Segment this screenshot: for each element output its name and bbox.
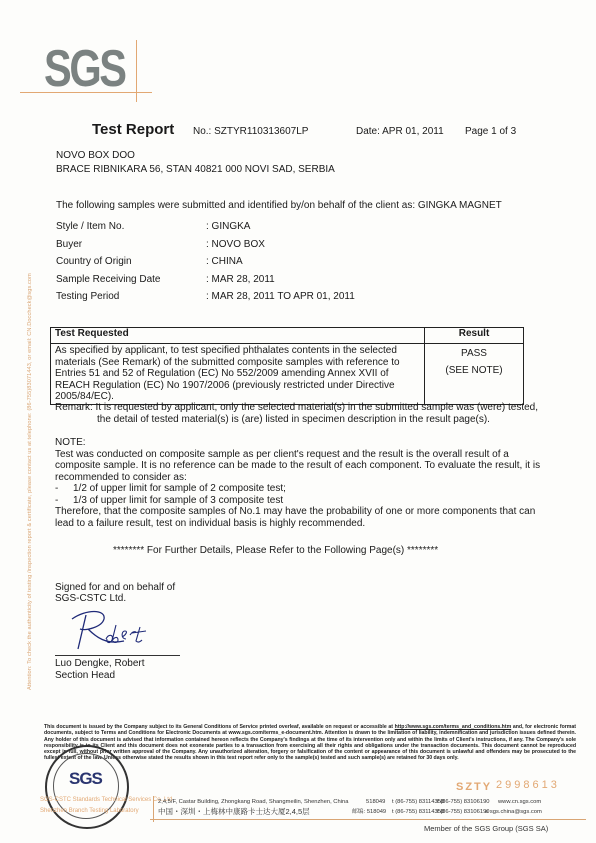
field-value: : CHINA [206,256,243,274]
serial-number: 2998613 [496,779,560,791]
field-label: Country of Origin [56,256,206,274]
note-paragraph-1: Test was conducted on composite sample a… [55,449,555,484]
result-note: (SEE NOTE) [426,362,522,379]
sample-fields: Style / Item No. : GINGKA Buyer : NOVO B… [56,221,355,309]
note-bullet: - 1/3 of upper limit for sample of 3 com… [55,495,555,507]
page-number: Page 1 of 3 [465,126,516,137]
field-row: Style / Item No. : GINGKA [56,221,355,239]
field-row: Buyer : NOVO BOX [56,239,355,257]
footer-postcode: 518049 邮编: 518049 [366,797,386,817]
address-cn: 中国・深圳・上梅林中康路卡士达大厦2,4,5层 [158,807,348,817]
intro-text: The following samples were submitted and… [56,200,502,211]
table-header-row: Test Requested Result [51,328,524,344]
field-row: Country of Origin : CHINA [56,256,355,274]
report-number: No.: SZTYR110313607LP [193,126,308,137]
website[interactable]: www.cn.sgs.com [498,797,542,807]
remark: Remark: It is requested by applicant, on… [55,402,575,426]
fax: f (86-755) 83106190 [437,797,490,807]
logo-accent-line [20,92,152,93]
field-label: Buyer [56,239,206,257]
postcode-en: 518049 [366,797,386,807]
column-header-test: Test Requested [51,328,425,344]
column-header-result: Result [425,328,524,344]
field-label: Testing Period [56,291,206,309]
client-name: NOVO BOX DOO [56,149,335,163]
field-label: Sample Receiving Date [56,274,206,292]
member-text: Member of the SGS Group (SGS SA) [424,824,548,833]
footer-address: 2,4,5/F, Castar Building, Zhongkang Road… [158,797,348,817]
remark-line-2: the detail of tested material(s) is (are… [55,414,575,426]
footer-fax: f (86-755) 83106190 f (86-755) 83106190 [437,797,490,817]
terms-link[interactable]: http://www.sgs.com/terms_and_conditions.… [395,724,512,730]
field-value: : MAR 28, 2011 TO APR 01, 2011 [206,291,355,309]
document-code: SZTY [456,781,492,793]
note-bullet: - 1/2 of upper limit for sample of 2 com… [55,483,555,495]
field-value: : GINGKA [206,221,250,239]
logo-text: SGS [44,40,125,98]
remark-line-1: Remark: It is requested by applicant, on… [55,402,575,414]
footer-rule [150,819,586,820]
email[interactable]: e sgs.china@sgs.com [485,807,542,817]
handwritten-signature [66,605,156,655]
address-en: 2,4,5/F, Castar Building, Zhongkang Road… [158,797,348,807]
signer-block: Luo Dengke, Robert Section Head [55,658,145,682]
signature-line [55,655,180,656]
signed-line-1: Signed for and on behalf of [55,582,175,593]
field-value: : MAR 28, 2011 [206,274,275,292]
report-date: Date: APR 01, 2011 [356,126,444,137]
note-heading: NOTE: [55,437,555,449]
test-table: Test Requested Result As specified by ap… [50,327,524,405]
table-row: As specified by applicant, to test speci… [51,344,524,405]
logo-accent-line-vertical [136,40,137,102]
disclaimer-text-1: This document is issued by the Company s… [44,724,395,730]
fax-cn: f (86-755) 83106190 [437,807,490,817]
disclaimer-text-2: and, for electronic format documents, su… [44,724,576,761]
page-title: Test Report [92,121,174,138]
signer-position: Section Head [55,670,145,682]
note-paragraph-2: Therefore, that the composite samples of… [55,506,555,529]
stamp-text: SGS [69,769,102,789]
field-value: : NOVO BOX [206,239,265,257]
note-bullet-text: 1/2 of upper limit for sample of 2 compo… [73,483,286,495]
client-block: NOVO BOX DOO BRACE RIBNIKARA 56, STAN 40… [56,149,335,177]
signer-name: Luo Dengke, Robert [55,658,145,670]
result-status: PASS [426,345,522,362]
postcode-cn: 邮编: 518049 [352,807,386,817]
authenticity-notice: Attention: To check the authenticity of … [27,273,33,690]
test-description: As specified by applicant, to test speci… [51,344,425,405]
field-label: Style / Item No. [56,221,206,239]
disclaimer: This document is issued by the Company s… [44,724,576,762]
note-section: NOTE: Test was conducted on composite sa… [55,437,555,529]
field-row: Sample Receiving Date : MAR 28, 2011 [56,274,355,292]
sgs-logo: SGS [20,40,155,102]
signed-line-2: SGS-CSTC Ltd. [55,593,175,604]
test-result-cell: PASS (SEE NOTE) [425,344,524,405]
footer-contact: www.cn.sgs.com e sgs.china@sgs.com [485,797,542,817]
client-address: BRACE RIBNIKARA 56, STAN 40821 000 NOVI … [56,163,335,177]
signed-on-behalf: Signed for and on behalf of SGS-CSTC Ltd… [55,582,175,604]
field-row: Testing Period : MAR 28, 2011 TO APR 01,… [56,291,355,309]
further-details-text: ******** For Further Details, Please Ref… [113,545,438,556]
note-bullet-text: 1/3 of upper limit for sample of 3 compo… [73,495,283,507]
